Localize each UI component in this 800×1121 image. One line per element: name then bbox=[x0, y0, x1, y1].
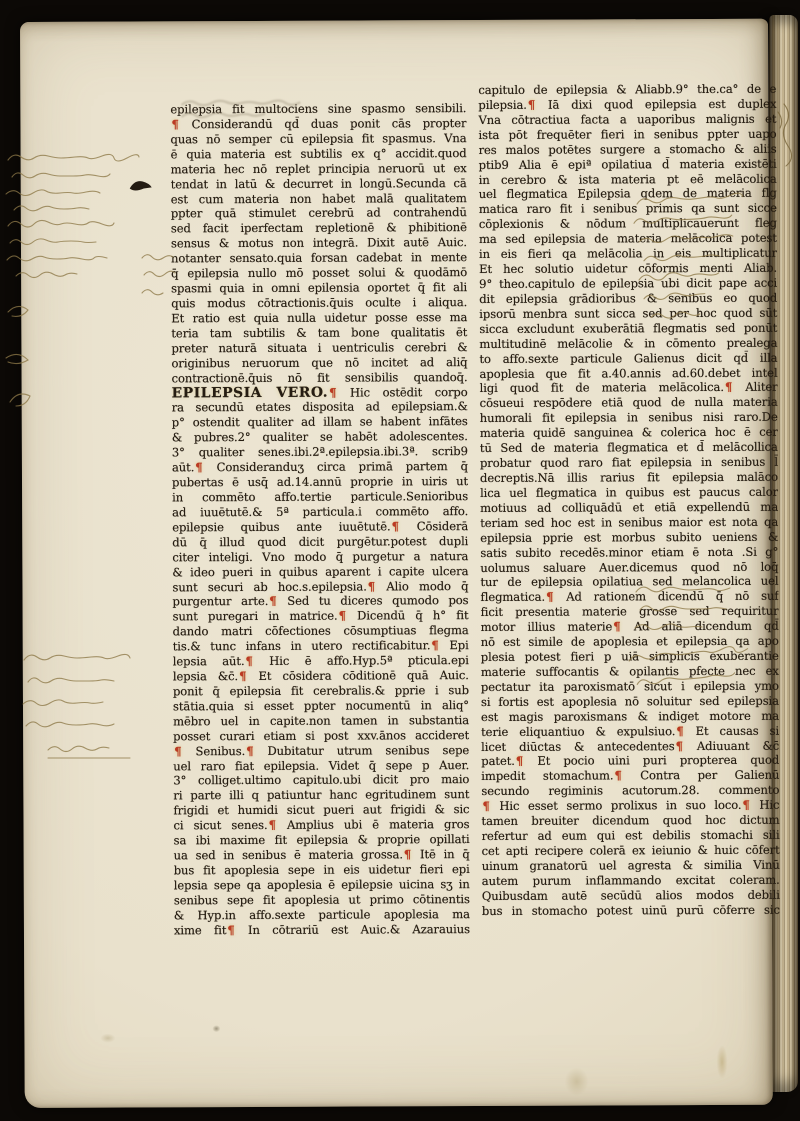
text-line: ista pōt frequēter fieri in senibus ppte… bbox=[478, 126, 776, 142]
text-line: to affo.sexte particule Galienus dicit q… bbox=[479, 350, 777, 366]
pilcrow-mark: ¶ bbox=[515, 754, 524, 768]
text-line: citer inteligi. Vno modo q̄ purgetur a n… bbox=[172, 549, 468, 565]
text-line: est magis paroxismans & indiget motore m… bbox=[481, 708, 779, 724]
pilcrow-mark: ¶ bbox=[527, 98, 536, 112]
foxing-spot bbox=[716, 1045, 727, 1079]
pilcrow-mark: ¶ bbox=[268, 818, 277, 832]
pilcrow-mark: ¶ bbox=[741, 798, 750, 812]
text-line: multitudinē melācolie & in cōmento preal… bbox=[479, 335, 777, 351]
text-line: in commēto affo.tertie particule.Seniori… bbox=[172, 489, 468, 505]
pilcrow-mark: ¶ bbox=[430, 638, 439, 652]
text-line: ad iuuētutē.& 5ª particula.i commēto aff… bbox=[172, 504, 468, 520]
text-line: ri parte illi q patiuntur hanc egritudin… bbox=[173, 787, 469, 803]
text-line: q̄ epilepsia nullo mō posset solui & quo… bbox=[171, 265, 467, 281]
text-line: ligi quod fit de materia melācolica.¶ Al… bbox=[480, 380, 778, 396]
text-line: Et ratio est quia nulla uidetur posse es… bbox=[171, 310, 467, 326]
text-line: p° ostendit qualiter ad illam se habent … bbox=[172, 414, 468, 430]
text-line: Vna cōtractiua facta a uaporibus maligni… bbox=[478, 112, 776, 128]
text-line: refertur ad eum qui est debilis stomachi… bbox=[482, 828, 780, 844]
text-line: capitulo de epilepsia & Aliabb.9° the.ca… bbox=[478, 82, 776, 98]
text-line: impedit stomachum.¶ Contra per Galienū bbox=[481, 768, 779, 784]
pilcrow-mark: ¶ bbox=[244, 654, 253, 668]
pilcrow-mark: ¶ bbox=[612, 620, 621, 634]
text-line: ra secundū etates disposita ad epilepsia… bbox=[172, 399, 468, 415]
text-line: & Hyp.in affo.sexte particule apoplesia … bbox=[174, 907, 470, 923]
text-line: lica uel flegmatica in quibus est paucus… bbox=[480, 485, 778, 501]
text-line: satis subito recedēs.minor etiam ē nota … bbox=[480, 544, 778, 560]
foxing-spot bbox=[212, 1025, 220, 1032]
text-line: decreptis.Nā illis rarius fit epilepsia … bbox=[480, 470, 778, 486]
text-line: est cum materia non habet malā qualitate… bbox=[171, 191, 467, 207]
text-line: senibus sepe fit apoplesia ut primo cōti… bbox=[174, 892, 470, 908]
text-line: tamen breuiter dicendum quod hoc dictum bbox=[481, 813, 779, 829]
text-line: epilepsia pprie est morbus subito uenien… bbox=[480, 529, 778, 545]
text-column-left: epilepsia fit multociens sine spasmo sen… bbox=[170, 101, 470, 938]
text-line: apoplesia que fit a.40.annis ad.60.debet… bbox=[480, 365, 778, 381]
text-line: bus fit apoplesia sepe in eis uidetur fi… bbox=[174, 862, 470, 878]
text-line: cōsueui respōdere etiā quod de nulla mat… bbox=[480, 395, 778, 411]
pilcrow-mark: ¶ bbox=[194, 460, 203, 474]
handwritten-marginalia-lower-left bbox=[18, 646, 170, 768]
text-line: ci sicut senes.¶ Amplius ubi ē materia g… bbox=[173, 817, 469, 833]
foxing-spot bbox=[100, 1034, 115, 1043]
handwritten-marginalia-upper-right bbox=[630, 180, 800, 338]
text-line: lepsia sepe qa apoplesia ē epilepsie uic… bbox=[174, 877, 470, 893]
handwritten-marginalia-left-flourish bbox=[0, 296, 52, 428]
text-line: uel raro fiat epilepsia. Videt q̄ sepe p… bbox=[173, 758, 469, 774]
text-line: 3° qualiter senes.ibi.2ª.epilepsia.ibi.3… bbox=[172, 444, 468, 460]
text-line: preter naturā situata i uentriculis cere… bbox=[171, 340, 467, 356]
text-line: ē quia materia est subtilis ex q° accidi… bbox=[171, 146, 467, 162]
text-line: sunt puregari in matrice.¶ Dicendū q̄ h°… bbox=[173, 608, 469, 624]
handwritten-marginalia-fore-edge bbox=[772, 100, 796, 172]
text-line: ua sed in senibus ē materia grossa.¶ Itē… bbox=[174, 847, 470, 863]
pilcrow-mark: ¶ bbox=[367, 579, 376, 593]
text-line: quas nō semper cū epilepsia fit spasmus.… bbox=[170, 131, 466, 147]
text-line: humorali fit epilepsia in senibus nisi r… bbox=[480, 410, 778, 426]
text-line: ¶ Senibus.¶ Dubitatur utrum senibus sepe bbox=[173, 743, 469, 759]
text-line: originibus neruorum que nō incitet ad al… bbox=[171, 355, 467, 371]
text-line: ptib9 Alia ē epiª opilatiua d̄ materia e… bbox=[479, 156, 777, 172]
text-line: quis modus cōtractionis.q̄uis oculte i a… bbox=[171, 295, 467, 311]
text-line: aūt.¶ Consideranduʒ circa primā partem q… bbox=[172, 459, 468, 475]
text-line: licet diūctas & antecedentes¶ Adiuuant &… bbox=[481, 738, 779, 754]
pilcrow-mark: ¶ bbox=[268, 594, 277, 608]
text-line: contractionē.q̄uis nō fit sensibilis qua… bbox=[172, 370, 468, 386]
text-line: Quibusdam autē secūdū alios modos debili bbox=[482, 887, 780, 903]
text-line: pubertas ē usq̄ ad.14.annū proprie in ui… bbox=[172, 474, 468, 490]
pilcrow-mark: ¶ bbox=[173, 744, 182, 758]
pilcrow-mark: ¶ bbox=[403, 847, 412, 861]
pilcrow-mark: ¶ bbox=[545, 590, 554, 604]
text-line: posset curari etiam si post xxv.ānos acc… bbox=[173, 728, 469, 744]
text-line: materia hec nō replet principia neruorū … bbox=[171, 161, 467, 177]
text-line: & pubres.2° qualiter se habēt adolescent… bbox=[172, 429, 468, 445]
section-heading: EPILEPSIA VERO. bbox=[172, 385, 329, 401]
show-through-text bbox=[178, 95, 328, 126]
text-line: motiuus ad colliquādū et etiā expellendū… bbox=[480, 500, 778, 516]
text-line: tū Sed de materia flegmatica et d̄ melāc… bbox=[480, 440, 778, 456]
text-line: terie eliquantiuo & expulsiuo.¶ Et causa… bbox=[481, 723, 779, 739]
text-line: lepsia &c̄.¶ Et cōsidera cōditionē quā A… bbox=[173, 668, 469, 684]
text-line: ¶ Hic esset sermo prolixus in suo loco.¶… bbox=[481, 798, 779, 814]
pilcrow-mark: ¶ bbox=[328, 385, 337, 399]
text-line: mēbro uel in capite.non tamen in substan… bbox=[173, 713, 469, 729]
pilcrow-mark: ¶ bbox=[613, 769, 622, 783]
text-line: & ideo pueri in quibus aparent i capite … bbox=[172, 564, 468, 580]
text-line: notanter sensato.quia forsan cadebat in … bbox=[171, 250, 467, 266]
text-line: tis.& tunc infans in utero rectificabitu… bbox=[173, 638, 469, 654]
text-line: xime fit¶ In cōtrariū est Auic.& Azaraui… bbox=[174, 922, 470, 938]
text-line: probatur quod raro fiat epilepsia in sen… bbox=[480, 455, 778, 471]
text-line: frigidi et humidi sicut pueri aut frigid… bbox=[173, 802, 469, 818]
text-line: res malos potētes surgere a stomacho & a… bbox=[479, 141, 777, 157]
pilcrow-mark: ¶ bbox=[238, 669, 247, 683]
text-line: pilepsia.¶ Iā dixi quod epilepsia est du… bbox=[478, 97, 776, 113]
photograph-backdrop: epilepsia fit multociens sine spasmo sen… bbox=[0, 0, 800, 1121]
pilcrow-mark: ¶ bbox=[724, 380, 733, 394]
text-line: purgentur arte.¶ Sed tu diceres qumodo p… bbox=[173, 593, 469, 609]
handwritten-marginalia-mid-right bbox=[630, 580, 790, 640]
pilcrow-mark: ¶ bbox=[245, 744, 254, 758]
text-line: stātia.quia si esset ppter nocumentū in … bbox=[173, 698, 469, 714]
pilcrow-mark: ¶ bbox=[675, 724, 684, 738]
text-line: tendat in latū & decurret in longū.Secun… bbox=[171, 176, 467, 192]
text-line: sa ibi maxime fit epilepsia & proprie op… bbox=[174, 832, 470, 848]
text-line: sensus & motus non integrā. Dixit autē A… bbox=[171, 235, 467, 251]
text-line: autem purum inflammando excitat coleram. bbox=[482, 873, 780, 889]
pilcrow-mark: ¶ bbox=[481, 799, 490, 813]
text-line: ponit q̄ epilepsia fit cerebralis.& ppri… bbox=[173, 683, 469, 699]
text-line: EPILEPSIA VERO.¶ Hic ostēdit corpo bbox=[172, 385, 468, 401]
text-line: sed facit iperfectam repletionē & phibit… bbox=[171, 220, 467, 236]
text-line: dando matri cōfectiones cōsumptiuas fleg… bbox=[173, 623, 469, 639]
pilcrow-mark: ¶ bbox=[675, 739, 684, 753]
text-line: secundo regiminis acutorum.28. commento bbox=[481, 783, 779, 799]
text-line: uolumus saluare Auer.dicemus quod nō loq… bbox=[480, 559, 778, 575]
pilcrow-mark: ¶ bbox=[338, 609, 347, 623]
pilcrow-mark: ¶ bbox=[391, 519, 400, 533]
text-line: patet.¶ Et pocio uini puri propterea quo… bbox=[481, 753, 779, 769]
text-line: teriam sed hoc est in senibus maior est … bbox=[480, 514, 778, 530]
pilcrow-mark: ¶ bbox=[226, 923, 235, 937]
text-line: materia quidē sanguinea & colerica hoc ē… bbox=[480, 425, 778, 441]
foxing-spot bbox=[565, 1068, 589, 1096]
text-line: epilepsie quibus ante iuuētutē.¶ Cōsider… bbox=[172, 519, 468, 535]
handwritten-marginalia-left-small bbox=[138, 248, 188, 306]
text-line: dū q̄ illud quod dicit purgētur.potest d… bbox=[172, 534, 468, 550]
text-line: 3° colliget.ultimo capitulo.ubi dicit pr… bbox=[173, 773, 469, 789]
text-line: sunt securi ab hoc.s.epilepsia.¶ Alio mo… bbox=[172, 579, 468, 595]
text-line: uinum granatorū uel agresta & similia Vi… bbox=[482, 858, 780, 874]
text-line: ppter quā stimulet cerebrū ad contrahend… bbox=[171, 206, 467, 222]
text-line: teria tam subtilis & tam bone qualitatis… bbox=[171, 325, 467, 341]
text-line: cet apti recipere colerā ex ieiunio & hu… bbox=[482, 843, 780, 859]
text-line: bus in stomacho potest uinū purū cōferre… bbox=[482, 902, 780, 918]
text-line: lepsia aūt.¶ Hic ē affo.Hyp.5ª pticula.e… bbox=[173, 653, 469, 669]
text-line: spasmi quia in omni epilensia oportet q̄… bbox=[171, 280, 467, 296]
